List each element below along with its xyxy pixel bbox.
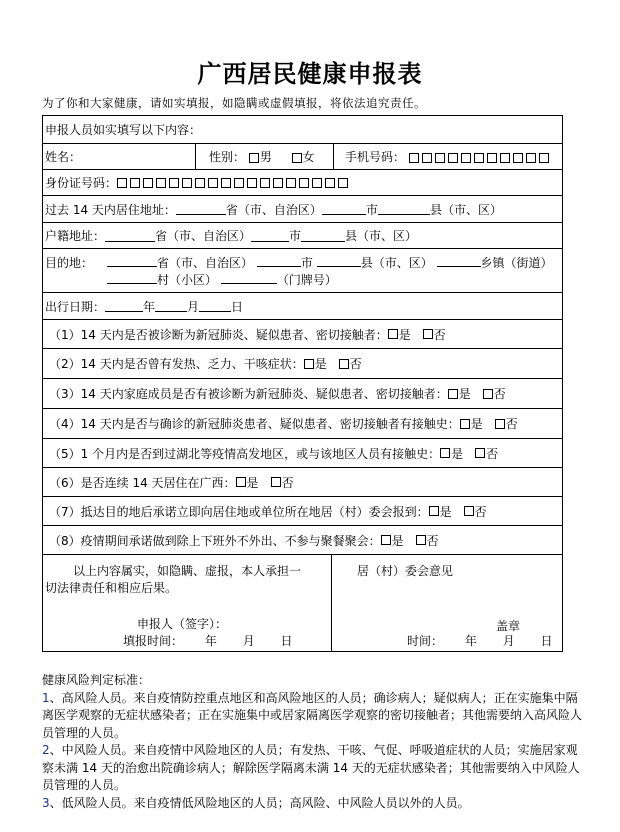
form-header-row: 申报人员如实填写以下内容： xyxy=(43,116,562,143)
day-label: 日 xyxy=(281,634,293,648)
house-no-suffix: （门牌号） xyxy=(277,273,337,287)
q4-yes-checkbox[interactable] xyxy=(460,419,470,429)
residence-province-input[interactable] xyxy=(176,203,226,215)
no-label: 否 xyxy=(475,503,487,520)
id-number-boxes[interactable] xyxy=(117,176,351,190)
health-declaration-form: 申报人员如实填写以下内容： 姓名： 性别： 男 女 手机号码： 身份证号码： 过… xyxy=(42,115,563,652)
month-label: 月 xyxy=(503,634,515,648)
q6-yes-checkbox[interactable] xyxy=(236,477,246,487)
question-row-2: （2）14 天内是否曾有发热、乏力、干咳症状： 是 否 xyxy=(43,348,562,378)
question-4-text: （4）14 天内是否与确诊的新冠肺炎患者、疑似患者、密切接触者有接触史： xyxy=(43,415,460,432)
household-county-input[interactable] xyxy=(301,230,345,242)
question-6-text: （6）是否连续 14 天居住在广西： xyxy=(43,474,236,491)
q8-yes-checkbox[interactable] xyxy=(381,535,391,545)
destination-county-input[interactable] xyxy=(317,255,361,267)
q1-yes-checkbox[interactable] xyxy=(388,329,398,339)
id-label: 身份证号码： xyxy=(43,174,117,191)
criteria-item-3: 3、低风险人员。来自疫情低风险地区的人员；高风险、中风险人员以外的人员。 xyxy=(42,795,582,813)
q5-no-checkbox[interactable] xyxy=(475,448,485,458)
yes-label: 是 xyxy=(399,326,411,343)
day-label: 日 xyxy=(541,634,553,648)
county-suffix: 县（市、区） xyxy=(430,201,502,218)
item-text: 、低风险人员。来自疫情低风险地区的人员；高风险、中风险人员以外的人员。 xyxy=(50,796,470,810)
year-label: 年 xyxy=(465,634,477,648)
gender-field: 性别： 男 女 xyxy=(209,148,315,165)
no-label: 否 xyxy=(434,326,446,343)
question-row-5: （5）1 个月内是否到过湖北等疫情高发地区，或与该地区人员有接触史： 是 否 xyxy=(43,438,562,467)
county-suffix: 县（市、区） xyxy=(361,256,433,270)
phone-label: 手机号码： xyxy=(345,150,405,164)
residence-county-input[interactable] xyxy=(378,203,430,215)
question-7-text: （7）抵达目的地后承诺立即向居住地或单位所在地居（村）委会报到： xyxy=(43,503,429,520)
destination-house-input[interactable] xyxy=(221,272,277,284)
fill-time-label: 填报时间： xyxy=(123,634,183,648)
household-label: 户籍地址： xyxy=(43,227,105,244)
female-label: 女 xyxy=(303,150,315,164)
item-text: 、中风险人员。来自疫情中风险地区的人员；有发热、干咳、气促、呼吸道症状的人员；实… xyxy=(42,743,580,792)
declaration-line-2: 切法律责任和相应后果。 xyxy=(45,579,177,596)
notice-text: 为了你和大家健康，请如实填报，如隐瞒或虚假填报，将依法追究责任。 xyxy=(42,95,426,111)
q5-yes-checkbox[interactable] xyxy=(440,448,450,458)
form-header: 申报人员如实填写以下内容： xyxy=(43,121,201,138)
destination-row: 目的地： 省（市、自治区） 市 县（市、区） 乡镇（街道） 村（小区） （门牌号… xyxy=(43,248,562,292)
question-row-4: （4）14 天内是否与确诊的新冠肺炎患者、疑似患者、密切接触者有接触史： 是 否 xyxy=(43,408,562,438)
time-label: 时间： xyxy=(407,634,443,648)
question-5-text: （5）1 个月内是否到过湖北等疫情高发地区，或与该地区人员有接触史： xyxy=(43,445,440,462)
destination-town-input[interactable] xyxy=(437,255,481,267)
province-suffix: 省（市、自治区） xyxy=(155,227,251,244)
question-row-6: （6）是否连续 14 天居住在广西： 是 否 xyxy=(43,467,562,496)
day-suffix: 日 xyxy=(231,298,243,315)
name-label: 姓名： xyxy=(43,148,81,165)
question-2-text: （2）14 天内是否曾有发热、乏力、干咳症状： xyxy=(43,355,304,372)
gender-label: 性别： xyxy=(209,150,245,164)
fill-time-field: 填报时间： 年 月 日 xyxy=(123,632,293,649)
committee-opinion-label: 居（村）委会意见 xyxy=(357,562,453,579)
phone-number-boxes[interactable] xyxy=(409,150,552,164)
household-row: 户籍地址： 省（市、自治区） 市 县（市、区） xyxy=(43,222,562,248)
item-number: 3 xyxy=(42,796,50,810)
yes-label: 是 xyxy=(392,532,404,549)
city-suffix: 市 xyxy=(366,201,378,218)
yes-label: 是 xyxy=(440,503,452,520)
item-number: 1 xyxy=(42,691,50,705)
signer-label[interactable]: 申报人（签字）： xyxy=(137,615,227,632)
id-row: 身份证号码： xyxy=(43,169,562,195)
committee-time-field: 时间： 年 月 日 xyxy=(407,632,553,649)
no-label: 否 xyxy=(486,445,498,462)
declaration-line-1: 以上内容属实，如隐瞒、虚报，本人承担一 xyxy=(73,562,301,579)
yes-label: 是 xyxy=(471,415,483,432)
item-text: 、高风险人员。来自疫情防控重点地区和高风险地区的人员；确诊病人；疑似病人；正在实… xyxy=(42,691,582,740)
male-label: 男 xyxy=(260,150,272,164)
phone-field: 手机号码： xyxy=(345,148,552,165)
criteria-item-2: 2、中风险人员。来自疫情中风险地区的人员；有发热、干咳、气促、呼吸道症状的人员；… xyxy=(42,742,582,795)
criteria-heading: 健康风险判定标准： xyxy=(42,672,582,690)
residence-city-input[interactable] xyxy=(322,203,366,215)
travel-date-row: 出行日期： 年 月 日 xyxy=(43,292,562,319)
q2-yes-checkbox[interactable] xyxy=(304,359,314,369)
signature-section: 以上内容属实，如隐瞒、虚报，本人承担一 切法律责任和相应后果。 申报人（签字）：… xyxy=(43,554,562,652)
travel-date-label: 出行日期： xyxy=(43,298,105,315)
risk-criteria: 健康风险判定标准： 1、高风险人员。来自疫情防控重点地区和高风险地区的人员；确诊… xyxy=(42,672,582,812)
province-suffix: 省（市、自治区） xyxy=(226,201,322,218)
residence-row: 过去 14 天内居住地址： 省（市、自治区） 市 县（市、区） xyxy=(43,195,562,222)
no-label: 否 xyxy=(494,385,506,402)
household-province-input[interactable] xyxy=(105,230,155,242)
q3-no-checkbox[interactable] xyxy=(483,389,493,399)
yes-label: 是 xyxy=(459,385,471,402)
year-label: 年 xyxy=(205,634,217,648)
city-suffix: 市 xyxy=(289,227,301,244)
month-label: 月 xyxy=(243,634,255,648)
question-row-8: （8）疫情期间承诺做到除上下班外不外出、不参与聚餐聚会： 是 否 xyxy=(43,525,562,554)
question-1-text: （1）14 天内是否被诊断为新冠肺炎、疑似患者、密切接触者： xyxy=(43,326,388,343)
question-row-7: （7）抵达目的地后承诺立即向居住地或单位所在地居（村）委会报到： 是 否 xyxy=(43,496,562,525)
no-label: 否 xyxy=(427,532,439,549)
travel-month-input[interactable] xyxy=(155,300,187,312)
male-checkbox[interactable] xyxy=(249,153,259,163)
month-suffix: 月 xyxy=(187,298,199,315)
q8-no-checkbox[interactable] xyxy=(416,535,426,545)
county-suffix: 县（市、区） xyxy=(345,227,417,244)
form-title: 广西居民健康申报表 xyxy=(0,54,620,89)
town-suffix: 乡镇（街道） xyxy=(481,256,553,270)
q7-yes-checkbox[interactable] xyxy=(429,506,439,516)
q1-no-checkbox[interactable] xyxy=(423,329,433,339)
q6-no-checkbox[interactable] xyxy=(271,477,281,487)
province-suffix: 省（市、自治区） xyxy=(157,256,253,270)
q4-no-checkbox[interactable] xyxy=(495,419,505,429)
q2-no-checkbox[interactable] xyxy=(339,359,349,369)
year-suffix: 年 xyxy=(143,298,155,315)
travel-day-input[interactable] xyxy=(199,300,231,312)
no-label: 否 xyxy=(350,355,362,372)
no-label: 否 xyxy=(282,474,294,491)
destination-city-input[interactable] xyxy=(257,255,301,267)
no-label: 否 xyxy=(506,415,518,432)
basic-info-row: 姓名： 性别： 男 女 手机号码： xyxy=(43,143,562,169)
yes-label: 是 xyxy=(315,355,327,372)
q3-yes-checkbox[interactable] xyxy=(448,389,458,399)
yes-label: 是 xyxy=(247,474,259,491)
question-3-text: （3）14 天内家庭成员是否有被诊断为新冠肺炎、疑似患者、密切接触者： xyxy=(43,385,448,402)
yes-label: 是 xyxy=(451,445,463,462)
city-suffix: 市 xyxy=(301,256,313,270)
criteria-item-1: 1、高风险人员。来自疫情防控重点地区和高风险地区的人员；确诊病人；疑似病人；正在… xyxy=(42,690,582,743)
question-row-3: （3）14 天内家庭成员是否有被诊断为新冠肺炎、疑似患者、密切接触者： 是 否 xyxy=(43,378,562,408)
destination-village-input[interactable] xyxy=(107,272,157,284)
travel-year-input[interactable] xyxy=(105,300,143,312)
destination-province-input[interactable] xyxy=(107,255,157,267)
household-city-input[interactable] xyxy=(251,230,289,242)
q7-no-checkbox[interactable] xyxy=(464,506,474,516)
female-checkbox[interactable] xyxy=(292,153,302,163)
destination-label: 目的地： xyxy=(45,254,93,271)
residence-label: 过去 14 天内居住地址： xyxy=(43,201,176,218)
village-suffix: 村（小区） xyxy=(157,273,217,287)
question-row-1: （1）14 天内是否被诊断为新冠肺炎、疑似患者、密切接触者： 是 否 xyxy=(43,319,562,348)
question-8-text: （8）疫情期间承诺做到除上下班外不外出、不参与聚餐聚会： xyxy=(43,532,381,549)
item-number: 2 xyxy=(42,743,50,757)
